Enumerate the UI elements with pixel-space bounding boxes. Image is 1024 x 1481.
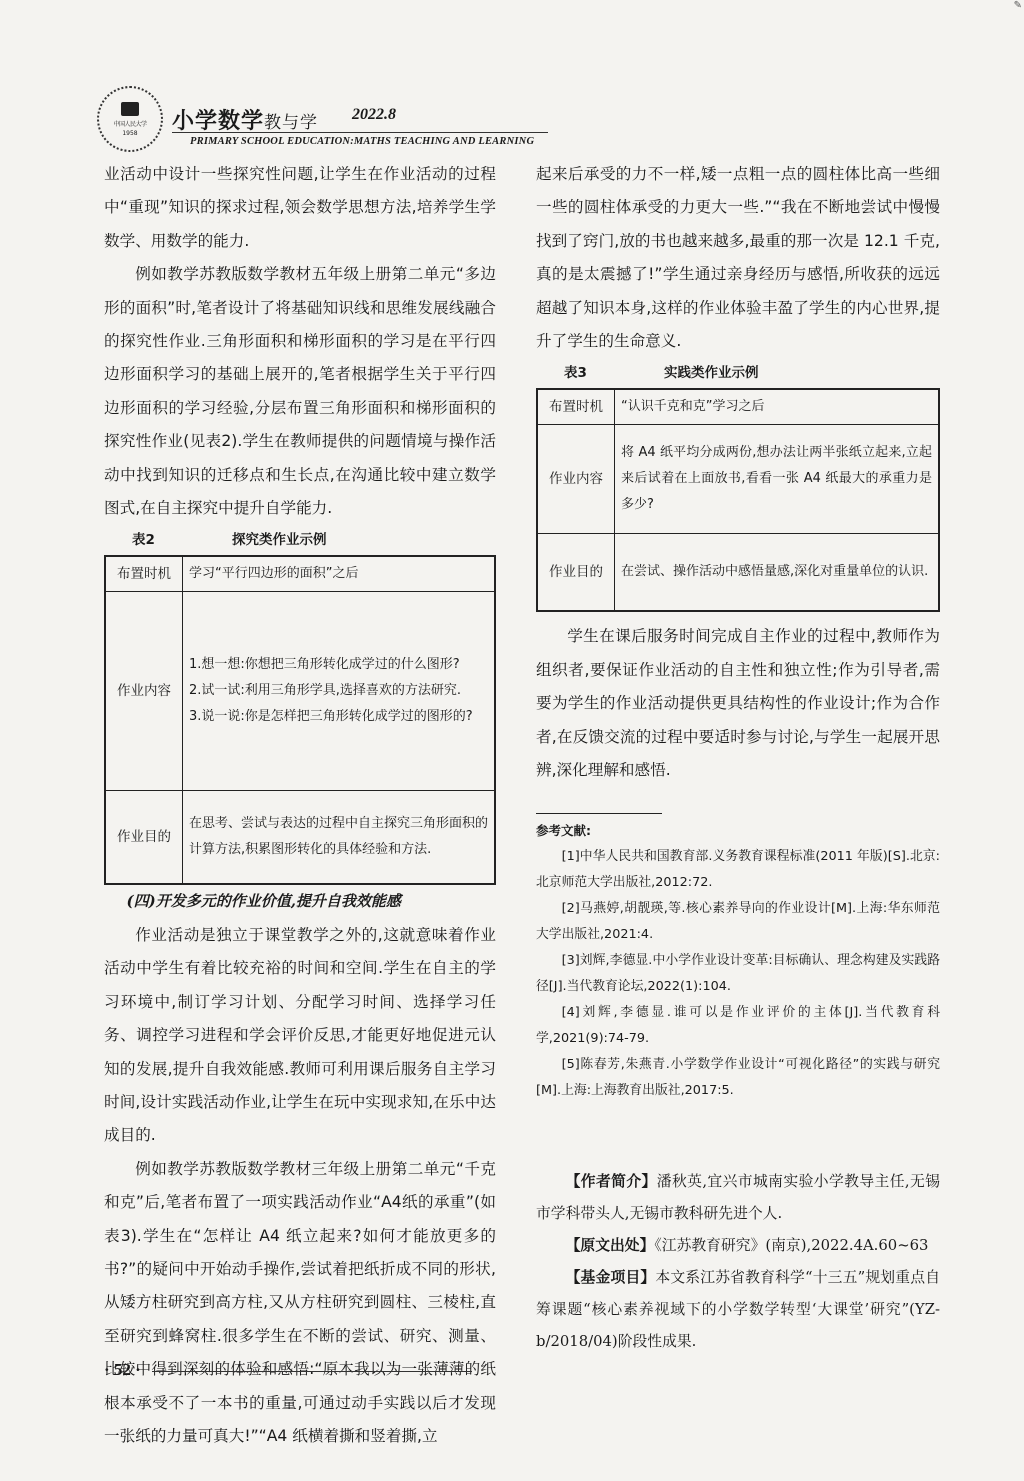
table-value: 在尝试、操作活动中感悟量感,深化对重量单位的认识. (615, 534, 940, 612)
table-label: 布置时机 (537, 389, 615, 425)
table-row: 作业内容 1.想一想:你想把三角形转化成学过的什么图形? 2.试一试:利用三角形… (105, 592, 495, 791)
table2: 布置时机 学习“平行四边形的面积”之后 作业内容 1.想一想:你想把三角形转化成… (104, 555, 496, 885)
paragraph: 业活动中设计一些探究性问题,让学生在作业活动的过程中“重现”知识的探求过程,领会… (104, 158, 496, 258)
references-divider (536, 813, 662, 814)
task-item: 1.想一想:你想把三角形转化成学过的什么图形? (189, 652, 488, 678)
paragraph: 学生在课后服务时间完成自主作业的过程中,教师作为组织者,要保证作业活动的自主性和… (536, 620, 940, 787)
logo-cube-icon (121, 102, 139, 116)
right-column: 起来后承受的力不一样,矮一点粗一点的圆柱体比高一些细一些的圆柱体承受的力更大一些… (536, 158, 940, 1358)
table2-caption: 表2 探究类作业示例 (104, 525, 496, 555)
table-label: 作业内容 (537, 425, 615, 534)
table-row: 布置时机 学习“平行四边形的面积”之后 (105, 556, 495, 592)
table-row: 作业目的 在思考、尝试与表达的过程中自主探究三角形面积的计算方法,积累图形转化的… (105, 791, 495, 885)
table-value: 在思考、尝试与表达的过程中自主探究三角形面积的计算方法,积累图形转化的具体经验和… (183, 791, 496, 885)
table2-number: 表2 (104, 525, 232, 555)
author-info: 【作者简介】潘秋英,宜兴市城南实验小学教导主任,无锡市学科带头人,无锡市教科研先… (536, 1166, 940, 1230)
table-value: “认识千克和克”学习之后 (615, 389, 940, 425)
source-info-text: 《江苏教育研究》(南京),2022.4A.60~63 (654, 1237, 928, 1254)
section-heading: (四)开发多元的作业价值,提升自我效能感 (104, 885, 496, 918)
source-info: 【原文出处】《江苏教育研究》(南京),2022.4A.60~63 (536, 1230, 940, 1262)
page-number: · 52 · (104, 1360, 141, 1380)
reference-item: [4]刘辉,李德显.谁可以是作业评价的主体[J].当代教育科学,2021(9):… (536, 1000, 940, 1052)
table-label: 作业目的 (537, 534, 615, 612)
journal-title-sub: 教与学 (264, 113, 318, 133)
table-row: 布置时机 “认识千克和克”学习之后 (537, 389, 939, 425)
table2-title: 探究类作业示例 (232, 525, 327, 555)
reference-item: [2]马燕婷,胡靓瑛,等.核心素养导向的作业设计[M].上海:华东师范大学出版社… (536, 896, 940, 948)
issue-number: 2022.8 (352, 106, 396, 124)
table3-number: 表3 (536, 358, 664, 388)
table-value: 将 A4 纸平均分成两份,想办法让两半张纸立起来,立起来后试着在上面放书,看看一… (615, 425, 940, 534)
source-info-label: 【原文出处】 (566, 1237, 655, 1254)
logo-year: 1958 (122, 130, 137, 137)
references-title: 参考文献: (536, 818, 940, 844)
journal-title: 小学数学教与学 (172, 104, 318, 135)
task-item: 3.说一说:你是怎样把三角形转化成学过的图形的? (189, 704, 488, 730)
table-row: 作业内容 将 A4 纸平均分成两份,想办法让两半张纸立起来,立起来后试着在上面放… (537, 425, 939, 534)
paragraph: 作业活动是独立于课堂教学之外的,这就意味着作业活动中学生有着比较充裕的时间和空间… (104, 919, 496, 1153)
paragraph: 起来后承受的力不一样,矮一点粗一点的圆柱体比高一些细一些的圆柱体承受的力更大一些… (536, 158, 940, 358)
corner-mark-icon: ✎ (1014, 0, 1022, 11)
author-info-label: 【作者简介】 (566, 1173, 657, 1190)
paragraph: 例如教学苏教版数学教材三年级上册第二单元“千克和克”后,笔者布置了一项实践活动作… (104, 1153, 496, 1454)
table3-title: 实践类作业示例 (664, 358, 759, 388)
logo-cn-text: 中国人民大学 (113, 119, 146, 128)
table-value: 1.想一想:你想把三角形转化成学过的什么图形? 2.试一试:利用三角形学具,选择… (183, 592, 496, 791)
table-label: 作业内容 (105, 592, 183, 791)
fund-info: 【基金项目】本文系江苏省教育科学“十三五”规划重点自筹课题“核心素养视域下的小学… (536, 1262, 940, 1358)
table-label: 布置时机 (105, 556, 183, 592)
header-divider (172, 132, 548, 133)
table-label: 作业目的 (105, 791, 183, 885)
journal-page: ✎ 中国人民大学 1958 小学数学教与学 2022.8 PRIMARY SCH… (0, 0, 1024, 1481)
table3-caption: 表3 实践类作业示例 (536, 358, 940, 388)
task-item: 2.试一试:利用三角形学具,选择喜欢的方法研究. (189, 678, 488, 704)
footer-divider (152, 1371, 472, 1372)
left-column: 业活动中设计一些探究性问题,让学生在作业活动的过程中“重现”知识的探求过程,领会… (104, 158, 496, 1453)
table3: 布置时机 “认识千克和克”学习之后 作业内容 将 A4 纸平均分成两份,想办法让… (536, 388, 940, 612)
table-row: 作业目的 在尝试、操作活动中感悟量感,深化对重量单位的认识. (537, 534, 939, 612)
reference-item: [1]中华人民共和国教育部.义务教育课程标准(2011 年版)[S].北京:北京… (536, 844, 940, 896)
paragraph: 例如教学苏教版数学教材五年级上册第二单元“多边形的面积”时,笔者设计了将基础知识… (104, 258, 496, 525)
fund-info-label: 【基金项目】 (566, 1269, 656, 1286)
journal-title-main: 小学数学 (172, 108, 264, 134)
reference-item: [5]陈春芳,朱燕青.小学数学作业设计“可视化路径”的实践与研究[M].上海:上… (536, 1052, 940, 1104)
table-value: 学习“平行四边形的面积”之后 (183, 556, 496, 592)
reference-item: [3]刘辉,李德显.中小学作业设计变革:目标确认、理念构建及实践路径[J].当代… (536, 948, 940, 1000)
journal-title-en: PRIMARY SCHOOL EDUCATION:MATHS TEACHING … (190, 136, 534, 147)
publisher-logo: 中国人民大学 1958 (97, 86, 163, 152)
